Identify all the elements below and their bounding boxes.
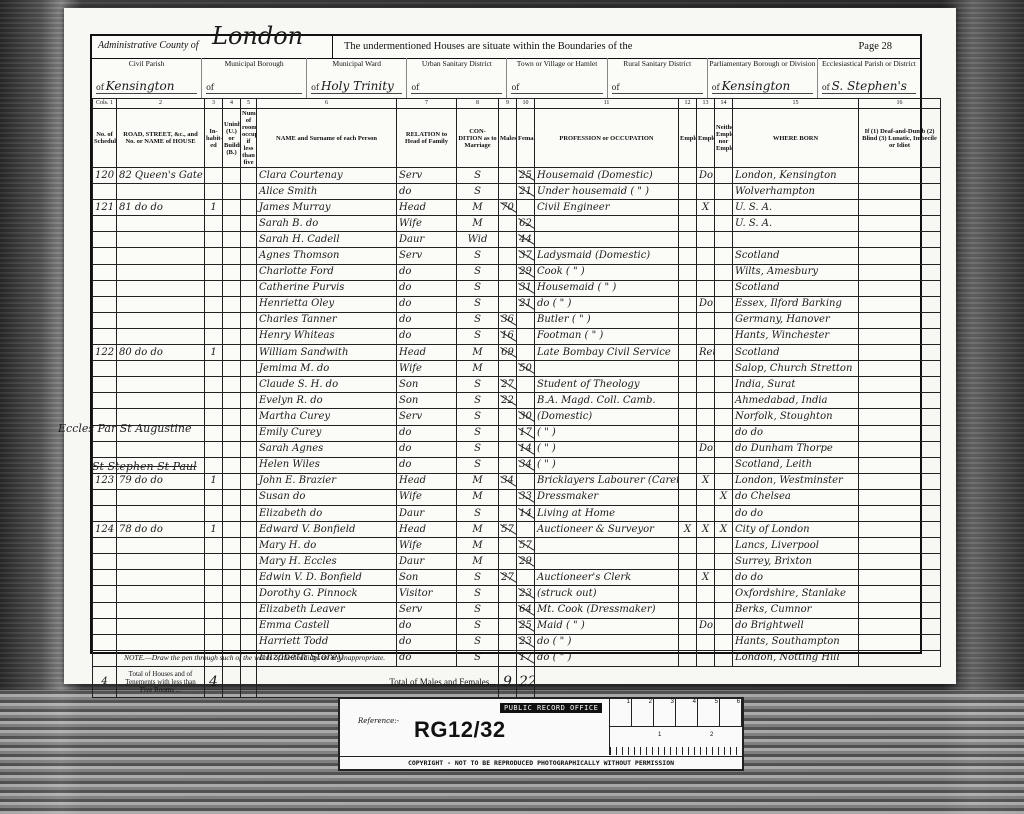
cell-employed — [697, 489, 715, 505]
cell-uninhab — [223, 409, 241, 425]
cell-born: Berks, Cumnor — [733, 602, 859, 618]
cell-relation: Daur — [397, 554, 457, 570]
cell-occupation: Auctioneer & Surveyor — [535, 522, 679, 538]
cell-employer — [679, 538, 697, 554]
census-table: Cols. 1 2 3 4 5 6 7 8 9 10 11 12 13 14 1… — [92, 98, 941, 698]
cell-rooms — [241, 522, 257, 538]
cell-road — [117, 602, 205, 618]
cell-occupation: do ( " ) — [535, 296, 679, 312]
cell-occupation: Cook ( " ) — [535, 264, 679, 280]
cell-infirm — [859, 538, 941, 554]
cell-rooms — [241, 489, 257, 505]
cell-infirm — [859, 570, 941, 586]
district-parliamentary: Parliamentary Borough or Division ofKens… — [708, 58, 818, 98]
cell-occupation — [535, 361, 679, 377]
cell-uninhab — [223, 618, 241, 634]
cell-born: Oxfordshire, Stanlake — [733, 586, 859, 602]
cell-name: Alice Smith — [257, 184, 397, 200]
cell-condition: S — [457, 602, 499, 618]
cell-employed — [697, 264, 715, 280]
cell-infirm — [859, 393, 941, 409]
cell-name: Sarah B. do — [257, 216, 397, 232]
cell-uninhab — [223, 505, 241, 521]
cell-rooms — [241, 216, 257, 232]
cell-relation: do — [397, 312, 457, 328]
cell-neither — [715, 168, 733, 184]
census-row: Dorothy G. PinnockVisitorS23(struck out)… — [93, 586, 941, 602]
cell-rooms — [241, 554, 257, 570]
cell-infirm — [859, 634, 941, 650]
cell-condition: S — [457, 570, 499, 586]
cell-infirm — [859, 264, 941, 280]
cell-condition: S — [457, 168, 499, 184]
cell-employed — [697, 232, 715, 248]
header-condition: CON-DITION as to Marriage — [457, 109, 499, 168]
county-box: Administrative County of London — [92, 36, 333, 58]
cell-male: 69 — [499, 345, 517, 361]
cell-rooms — [241, 634, 257, 650]
cell-neither — [715, 441, 733, 457]
cell-condition: M — [457, 216, 499, 232]
header-rooms: Number of rooms occupied if less than fi… — [241, 109, 257, 168]
cell-inhab — [205, 586, 223, 602]
cell-condition: S — [457, 377, 499, 393]
cell-employer — [679, 232, 697, 248]
cell-relation: do — [397, 296, 457, 312]
cell-employer — [679, 457, 697, 473]
cell-rooms — [241, 232, 257, 248]
cell-neither — [715, 328, 733, 344]
cell-uninhab — [223, 393, 241, 409]
cell-rooms — [241, 184, 257, 200]
cell-neither — [715, 184, 733, 200]
cell-uninhab — [223, 168, 241, 184]
cell-rooms — [241, 473, 257, 489]
cell-neither — [715, 618, 733, 634]
cell-occupation — [535, 232, 679, 248]
cell-employer: X — [679, 522, 697, 538]
measurement-ruler: 12 34 56 1 2 — [609, 699, 742, 755]
cell-employed — [697, 328, 715, 344]
cell-occupation — [535, 554, 679, 570]
cell-schedule — [93, 377, 117, 393]
cell-occupation: Footman ( " ) — [535, 328, 679, 344]
census-row: Harriett TodddoS23do ( " )Hants, Southam… — [93, 634, 941, 650]
cell-employed — [697, 586, 715, 602]
cell-condition: M — [457, 345, 499, 361]
cell-employer — [679, 184, 697, 200]
cell-rooms — [241, 441, 257, 457]
census-row: Jemima M. doWifeM50Salop, Church Stretto… — [93, 361, 941, 377]
cell-born: Norfolk, Stoughton — [733, 409, 859, 425]
cell-road — [117, 280, 205, 296]
cell-employer — [679, 345, 697, 361]
cell-employed — [697, 409, 715, 425]
cell-rooms — [241, 618, 257, 634]
census-row: Charlotte ForddoS29Cook ( " )Wilts, Ames… — [93, 264, 941, 280]
cell-inhab — [205, 570, 223, 586]
cell-male — [499, 425, 517, 441]
cell-uninhab — [223, 312, 241, 328]
cell-employed — [697, 312, 715, 328]
cell-relation: Serv — [397, 409, 457, 425]
cell-schedule — [93, 328, 117, 344]
cell-employed — [697, 280, 715, 296]
census-row: 12181 do do1James MurrayHeadM70Civil Eng… — [93, 200, 941, 216]
cell-schedule — [93, 602, 117, 618]
cell-female: 31 — [517, 280, 535, 296]
cell-rooms — [241, 457, 257, 473]
census-row: Sarah H. CadellDaurWid44 — [93, 232, 941, 248]
cell-uninhab — [223, 602, 241, 618]
cell-born: Wilts, Amesbury — [733, 264, 859, 280]
cell-employer — [679, 473, 697, 489]
cell-rooms — [241, 602, 257, 618]
cell-infirm — [859, 200, 941, 216]
cell-female — [517, 200, 535, 216]
cell-infirm — [859, 441, 941, 457]
cell-inhab — [205, 248, 223, 264]
header-employed: Employed — [697, 109, 715, 168]
cell-born: do do — [733, 425, 859, 441]
cell-infirm — [859, 168, 941, 184]
county-row: Administrative County of London The unde… — [92, 36, 920, 59]
census-row: Evelyn R. doSonS22B.A. Magd. Coll. Camb.… — [93, 393, 941, 409]
cell-relation: Serv — [397, 248, 457, 264]
cell-name: Emma Castell — [257, 618, 397, 634]
cell-road — [117, 554, 205, 570]
cell-inhab — [205, 634, 223, 650]
cell-female: 21 — [517, 296, 535, 312]
cell-female — [517, 570, 535, 586]
cell-infirm — [859, 296, 941, 312]
cell-schedule — [93, 570, 117, 586]
cell-employer — [679, 602, 697, 618]
cell-name: Charles Tanner — [257, 312, 397, 328]
cell-uninhab — [223, 377, 241, 393]
cell-occupation: Mt. Cook (Dressmaker) — [535, 602, 679, 618]
cell-schedule — [93, 393, 117, 409]
cell-female: 34 — [517, 457, 535, 473]
cell-rooms — [241, 393, 257, 409]
cell-rooms — [241, 264, 257, 280]
cell-female: 25 — [517, 168, 535, 184]
cell-relation: do — [397, 441, 457, 457]
cell-name: Claude S. H. do — [257, 377, 397, 393]
cell-male — [499, 216, 517, 232]
cell-born: do Chelsea — [733, 489, 859, 505]
cell-schedule — [93, 586, 117, 602]
cell-relation: Serv — [397, 602, 457, 618]
cell-condition: S — [457, 409, 499, 425]
cell-road — [117, 618, 205, 634]
cell-female — [517, 377, 535, 393]
cell-employed: X — [697, 473, 715, 489]
cell-neither — [715, 264, 733, 280]
cell-male — [499, 618, 517, 634]
cell-name: Susan do — [257, 489, 397, 505]
cell-employer — [679, 618, 697, 634]
cell-occupation: Butler ( " ) — [535, 312, 679, 328]
public-record-office-label: PUBLIC RECORD OFFICE Reference:- RG12/32… — [338, 697, 744, 771]
cell-road: 81 do do — [117, 200, 205, 216]
cell-condition: S — [457, 425, 499, 441]
cell-uninhab — [223, 216, 241, 232]
cell-condition: Wid — [457, 232, 499, 248]
cell-condition: M — [457, 522, 499, 538]
header-neither: Neither Employer nor Employed — [715, 109, 733, 168]
cell-neither — [715, 232, 733, 248]
census-row: Helen WilesdoS34( " )Scotland, Leith — [93, 457, 941, 473]
cell-born: do Brightwell — [733, 618, 859, 634]
cell-infirm — [859, 425, 941, 441]
footer-note: NOTE.—Draw the pen through such of the w… — [124, 653, 385, 662]
cell-female: 37 — [517, 248, 535, 264]
header-inhabited: In-habit-ed — [205, 109, 223, 168]
cell-road: 79 do do — [117, 473, 205, 489]
cell-relation: Head — [397, 200, 457, 216]
cell-name: James Murray — [257, 200, 397, 216]
cell-road — [117, 393, 205, 409]
cell-relation: Daur — [397, 232, 457, 248]
cell-female: 17 — [517, 650, 535, 666]
boundary-text: The undermentioned Houses are situate wi… — [344, 41, 632, 52]
cell-born: London, Westminster — [733, 473, 859, 489]
cell-occupation — [535, 216, 679, 232]
cell-employed — [697, 248, 715, 264]
cell-neither — [715, 361, 733, 377]
cell-schedule: 124 — [93, 522, 117, 538]
cell-male — [499, 280, 517, 296]
cell-born: Hants, Southampton — [733, 634, 859, 650]
cell-infirm — [859, 505, 941, 521]
cell-condition: S — [457, 184, 499, 200]
cell-name: Harriett Todd — [257, 634, 397, 650]
cell-schedule: 121 — [93, 200, 117, 216]
cell-road: 80 do do — [117, 345, 205, 361]
cell-employer — [679, 361, 697, 377]
cell-relation: do — [397, 457, 457, 473]
cell-condition: S — [457, 280, 499, 296]
cell-occupation: Dressmaker — [535, 489, 679, 505]
cell-schedule — [93, 554, 117, 570]
cell-schedule — [93, 650, 117, 666]
cell-rooms — [241, 409, 257, 425]
cell-neither — [715, 554, 733, 570]
cell-road — [117, 264, 205, 280]
cell-born: U. S. A. — [733, 216, 859, 232]
cell-condition: M — [457, 554, 499, 570]
cell-infirm — [859, 489, 941, 505]
cell-female — [517, 393, 535, 409]
cell-born: Lancs, Liverpool — [733, 538, 859, 554]
cell-female: 14 — [517, 441, 535, 457]
cell-employer — [679, 393, 697, 409]
header-females: Females — [517, 109, 535, 168]
cell-uninhab — [223, 345, 241, 361]
cell-male — [499, 361, 517, 377]
cell-road — [117, 634, 205, 650]
cell-employer — [679, 425, 697, 441]
column-header-row: No. of Schedule ROAD, STREET, &c., and N… — [93, 109, 941, 168]
cell-relation: Wife — [397, 489, 457, 505]
cell-rooms — [241, 312, 257, 328]
cell-uninhab — [223, 473, 241, 489]
cell-employer — [679, 377, 697, 393]
cell-condition: S — [457, 586, 499, 602]
cell-inhab — [205, 441, 223, 457]
column-number-row: Cols. 1 2 3 4 5 6 7 8 9 10 11 12 13 14 1… — [93, 99, 941, 109]
cell-employed: Dom — [697, 296, 715, 312]
cell-born: Hants, Winchester — [733, 328, 859, 344]
cell-inhab — [205, 538, 223, 554]
census-row: Henry WhiteasdoS16Footman ( " )Hants, Wi… — [93, 328, 941, 344]
cell-inhab — [205, 377, 223, 393]
cell-female — [517, 328, 535, 344]
cell-employer — [679, 328, 697, 344]
cell-name: Sarah H. Cadell — [257, 232, 397, 248]
county-label: Administrative County of — [98, 40, 199, 51]
cell-born: Scotland — [733, 345, 859, 361]
cell-infirm — [859, 618, 941, 634]
cell-neither — [715, 473, 733, 489]
cell-female: 23 — [517, 634, 535, 650]
census-row: Elizabeth LeaverServS64Mt. Cook (Dressma… — [93, 602, 941, 618]
cell-condition: S — [457, 393, 499, 409]
cell-employed: Dom — [697, 618, 715, 634]
cell-occupation: Living at Home — [535, 505, 679, 521]
cell-employer — [679, 264, 697, 280]
cell-schedule: 123 — [93, 473, 117, 489]
census-row: 12379 do do1John E. BrazierHeadM34Brickl… — [93, 473, 941, 489]
cell-employer — [679, 200, 697, 216]
cell-inhab — [205, 328, 223, 344]
cell-infirm — [859, 457, 941, 473]
cell-road: 78 do do — [117, 522, 205, 538]
header-name: NAME and Surname of each Person — [257, 109, 397, 168]
cell-female — [517, 312, 535, 328]
cell-born: Salop, Church Stretton — [733, 361, 859, 377]
cell-inhab — [205, 393, 223, 409]
cell-inhab: 1 — [205, 473, 223, 489]
cell-road — [117, 232, 205, 248]
cell-employer — [679, 216, 697, 232]
males-total: 9 — [499, 666, 517, 697]
cell-uninhab — [223, 200, 241, 216]
cell-employer — [679, 312, 697, 328]
cell-female: 29 — [517, 264, 535, 280]
header-road: ROAD, STREET, &c., and No. or NAME of HO… — [117, 109, 205, 168]
cell-road — [117, 296, 205, 312]
cell-infirm — [859, 650, 941, 666]
cell-neither — [715, 425, 733, 441]
census-rows: 12082 Queen's GateClara CourtenayServS25… — [93, 168, 941, 667]
cell-employer — [679, 168, 697, 184]
county-value: London — [212, 22, 303, 50]
cell-infirm — [859, 554, 941, 570]
cell-infirm — [859, 328, 941, 344]
cell-male: 16 — [499, 328, 517, 344]
cell-born: Germany, Hanover — [733, 312, 859, 328]
cell-born: Ahmedabad, India — [733, 393, 859, 409]
cell-employer — [679, 248, 697, 264]
cell-male — [499, 296, 517, 312]
cell-infirm — [859, 184, 941, 200]
cell-infirm — [859, 409, 941, 425]
cell-name: Martha Curey — [257, 409, 397, 425]
cell-neither — [715, 377, 733, 393]
cell-inhab: 1 — [205, 522, 223, 538]
cell-schedule — [93, 296, 117, 312]
cell-rooms — [241, 538, 257, 554]
cell-born: City of London — [733, 522, 859, 538]
cell-rooms — [241, 586, 257, 602]
cell-female — [517, 473, 535, 489]
cell-female: 64 — [517, 602, 535, 618]
cell-uninhab — [223, 328, 241, 344]
cell-schedule — [93, 505, 117, 521]
cell-rooms — [241, 345, 257, 361]
census-row: Edwin V. D. BonfieldSonS27Auctioneer's C… — [93, 570, 941, 586]
cell-female: 57 — [517, 538, 535, 554]
cell-relation: Head — [397, 522, 457, 538]
cell-condition: S — [457, 505, 499, 521]
census-row: Mary H. EcclesDaurM29Surrey, Brixton — [93, 554, 941, 570]
cell-female: 30 — [517, 409, 535, 425]
census-row: Sarah B. doWifeM62U. S. A. — [93, 216, 941, 232]
census-form: Administrative County of London The unde… — [90, 34, 922, 654]
cell-infirm — [859, 586, 941, 602]
cell-employed: Dom — [697, 168, 715, 184]
cell-male — [499, 602, 517, 618]
cell-road: 82 Queen's Gate — [117, 168, 205, 184]
cell-schedule — [93, 280, 117, 296]
copyright-notice: COPYRIGHT - NOT TO BE REPRODUCED PHOTOGR… — [340, 756, 742, 769]
cell-name: Dorothy G. Pinnock — [257, 586, 397, 602]
cell-male — [499, 457, 517, 473]
cell-female: 17 — [517, 425, 535, 441]
cell-female: 44 — [517, 232, 535, 248]
cell-relation: Son — [397, 570, 457, 586]
cell-born: Scotland — [733, 280, 859, 296]
cell-occupation: Under housemaid ( " ) — [535, 184, 679, 200]
census-row: Sarah AgnesdoS14( " )Domdo Dunham Thorpe — [93, 441, 941, 457]
cell-infirm — [859, 522, 941, 538]
cell-condition: M — [457, 538, 499, 554]
cell-occupation: Student of Theology — [535, 377, 679, 393]
cell-occupation: do ( " ) — [535, 634, 679, 650]
females-total: 22 — [517, 666, 535, 697]
census-row: Claude S. H. doSonS27Student of Theology… — [93, 377, 941, 393]
header-employer: Employer — [679, 109, 697, 168]
cell-rooms — [241, 361, 257, 377]
cell-employed — [697, 457, 715, 473]
cell-male — [499, 554, 517, 570]
cell-name: Elizabeth Leaver — [257, 602, 397, 618]
cell-uninhab — [223, 522, 241, 538]
cell-born: Scotland, Leith — [733, 457, 859, 473]
cell-employer — [679, 570, 697, 586]
cell-road — [117, 312, 205, 328]
cell-uninhab — [223, 248, 241, 264]
cell-rooms — [241, 425, 257, 441]
cell-infirm — [859, 232, 941, 248]
cell-road — [117, 538, 205, 554]
cell-road — [117, 184, 205, 200]
cell-male: 57 — [499, 522, 517, 538]
reference-number: RG12/32 — [414, 717, 506, 743]
cell-neither — [715, 200, 733, 216]
